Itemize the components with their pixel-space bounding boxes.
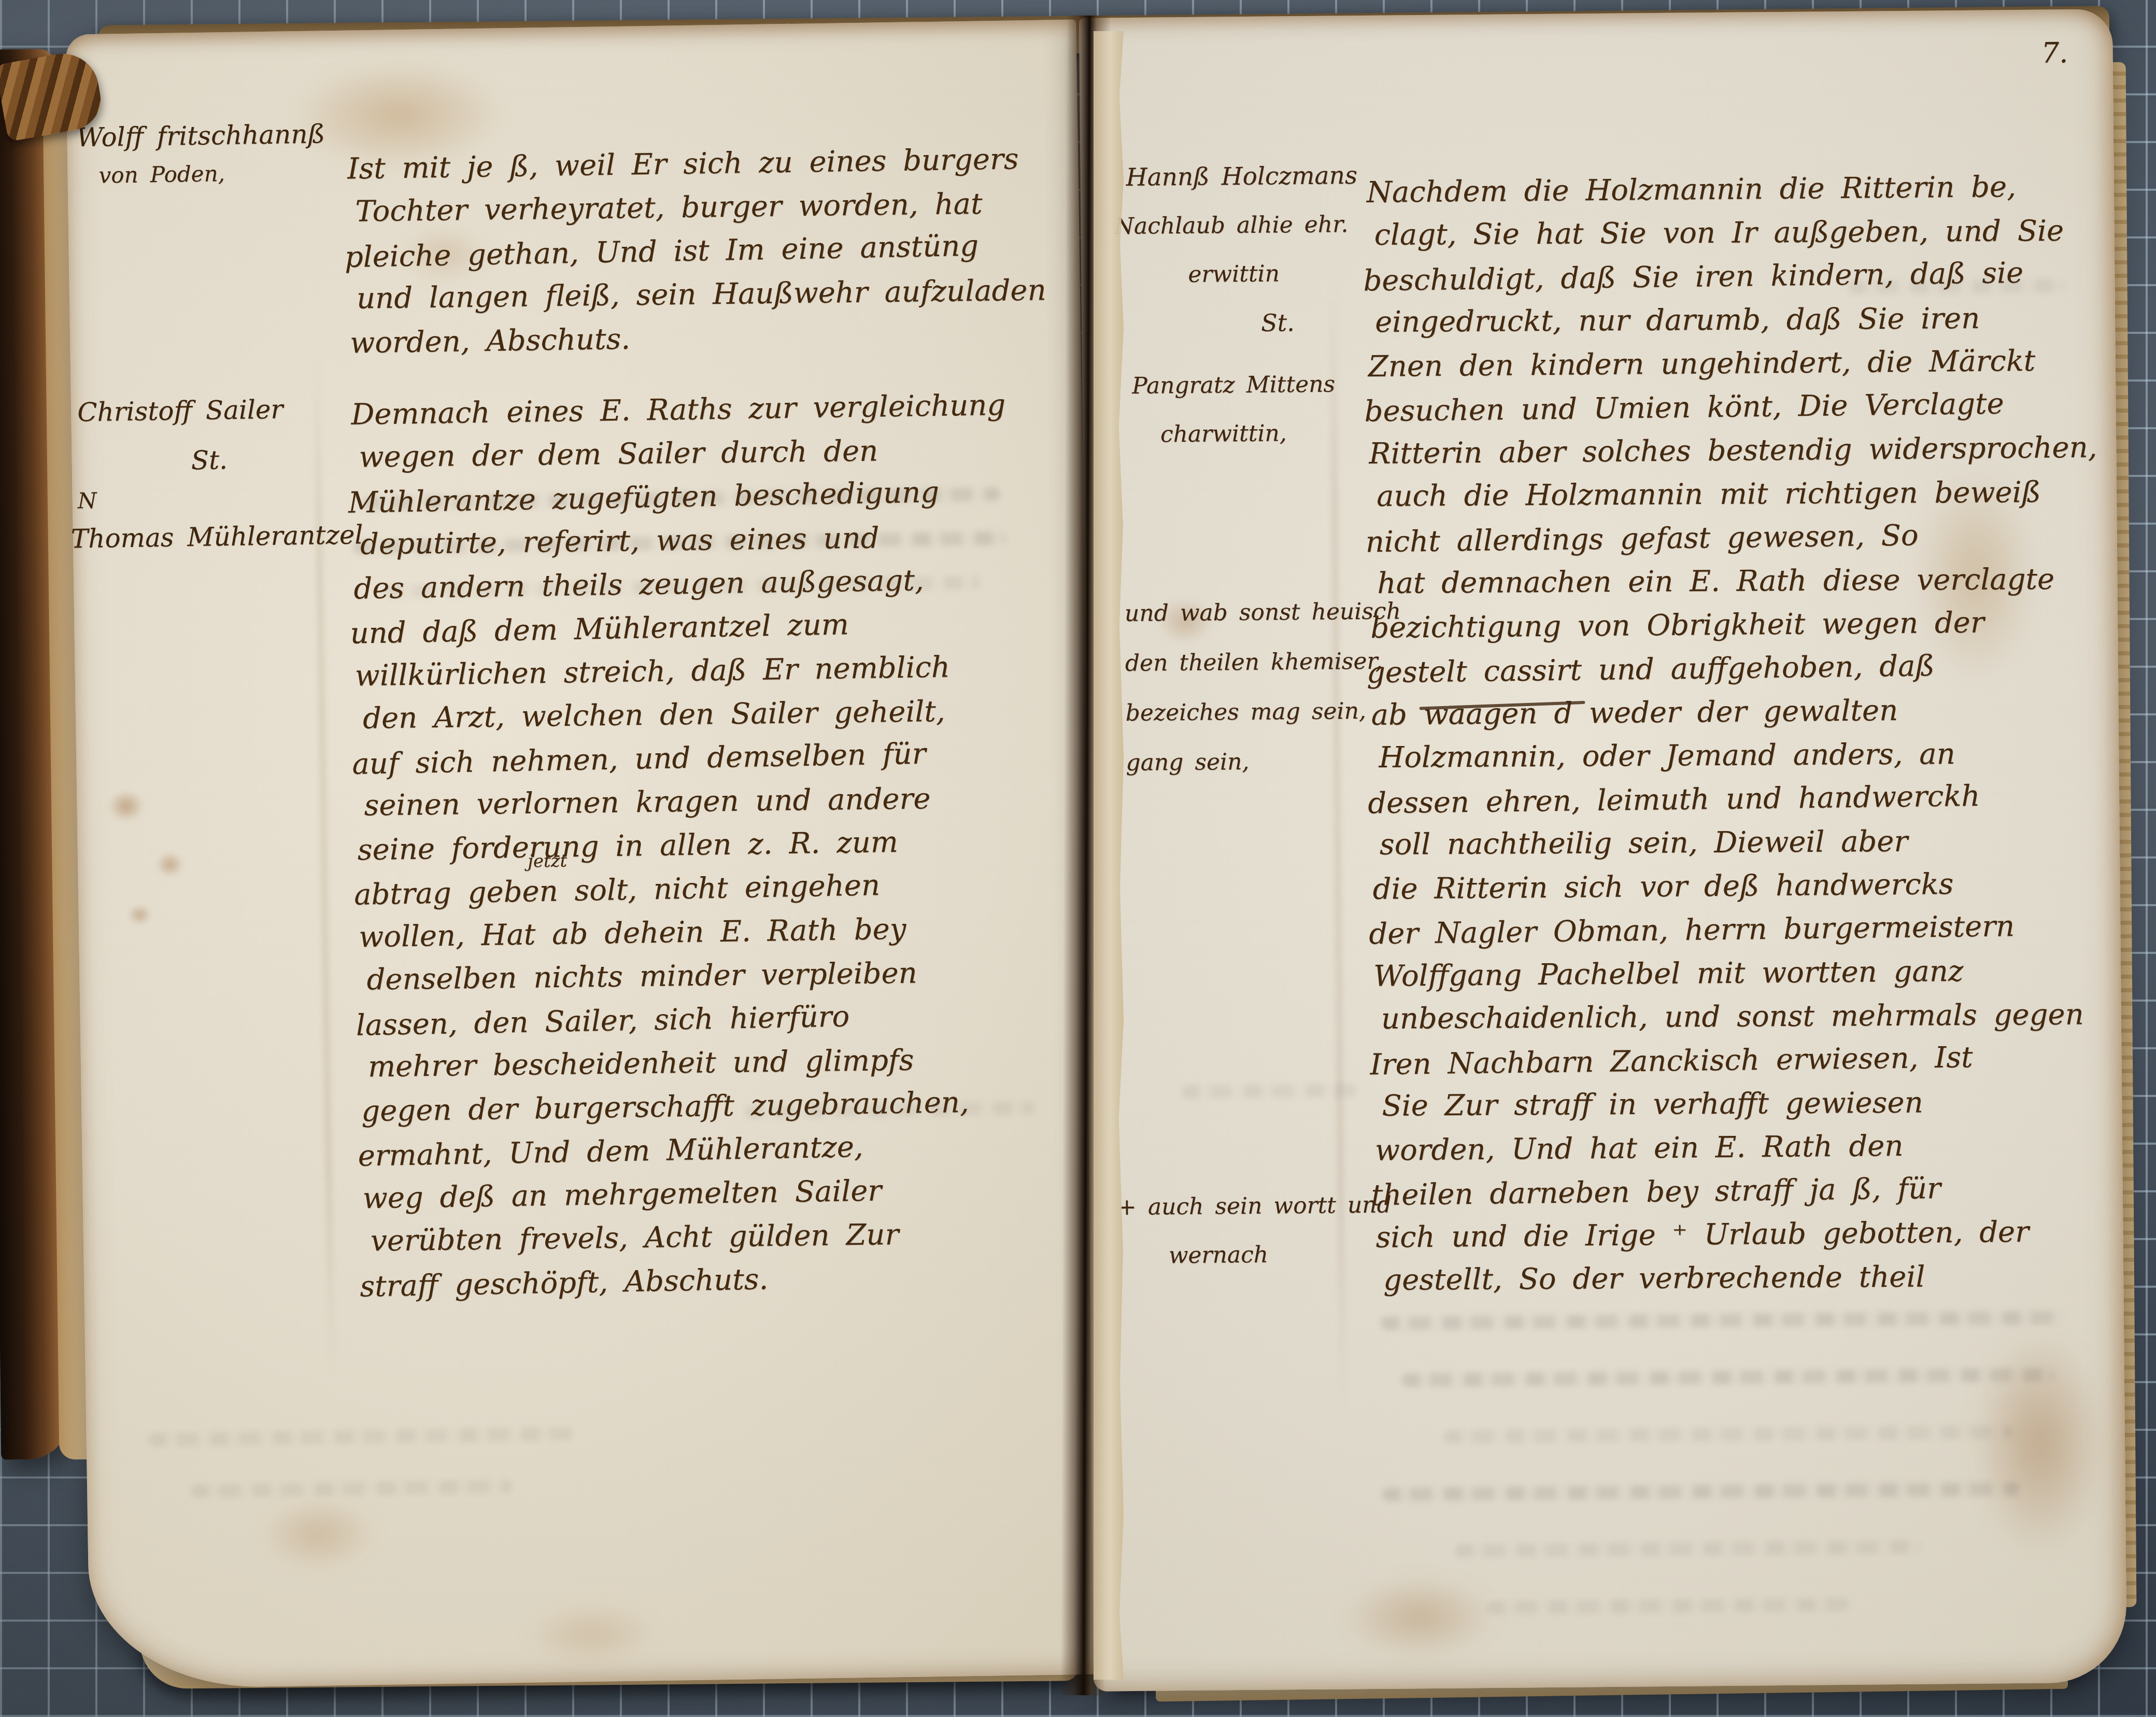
page-number: 7. — [2041, 36, 2068, 69]
show-through-line — [1487, 1598, 1850, 1614]
show-through-line — [1382, 1482, 2020, 1501]
paper-stain — [1341, 1575, 1497, 1659]
margin-note-line: Nachlaub alhie ehr. — [1114, 200, 1358, 251]
manuscript-text-line: eingedruckt, nur darumb, daß Sie iren — [1375, 296, 2096, 344]
manuscript-text-line: nicht allerdings gefast gewesen, So — [1365, 512, 2098, 564]
manuscript-text-line: beschuldigt, daß Sie iren kindern, daß s… — [1363, 250, 2096, 303]
margin-note-line: und wab sonst heuisch — [1125, 586, 1401, 639]
entry-1-text: Ist mit je ß, weil Er sich zu eines burg… — [347, 137, 1047, 365]
margin-note-line: den theilen khemiser, — [1125, 636, 1401, 688]
left-page: Wolff fritschhannßvon Poden, Ist mit je … — [65, 20, 1100, 1690]
manuscript-text-line: soll nachtheilig sein, Dieweil aber — [1380, 819, 2101, 866]
margin-note-line: bezeiches mag sein, — [1125, 686, 1402, 738]
paper-stain — [524, 1602, 660, 1666]
manuscript-text-line: worden, Und hat ein E. Rath den — [1375, 1123, 2104, 1173]
margin-note-addition: + auch sein wortt undwernach — [1117, 1181, 1392, 1281]
manuscript-text-line: Sie Zur straff in verhafft gewiesen — [1382, 1080, 2103, 1128]
manuscript-text-line: gestelt cassirt und auffgehoben, daß — [1366, 642, 2099, 695]
manuscript-text-line: mehrer bescheidenheit und glimpfs — [368, 1037, 1016, 1089]
show-through-line — [191, 1480, 512, 1498]
show-through-line — [1182, 1083, 1358, 1099]
manuscript-text-line: dessen ehren, leimuth und handwerckh — [1368, 773, 2101, 825]
manuscript-text-line: Ritterin aber solches bestendig widerspr… — [1369, 426, 2097, 476]
manuscript-text-line: Holzmannin, oder Jemand anders, an — [1379, 731, 2100, 779]
manuscript-text-line: Znen den kindern ungehindert, die Märckt — [1368, 339, 2096, 389]
margin-heading-line: Wolff fritschhannß — [76, 112, 325, 159]
margin-heading-entry-1: Wolff fritschhannßvon Poden, — [76, 112, 326, 197]
manuscript-text-line: clagt, Sie hat Sie von Ir außgeben, und … — [1374, 209, 2095, 257]
paper-stain — [1971, 1331, 2108, 1555]
manuscript-text-line: besuchen und Umien könt, Die Verclagte — [1364, 381, 2097, 433]
manuscript-text-line: auch die Holzmannin mit richtigen beweiß — [1377, 470, 2098, 518]
margin-note-line: erwittin — [1188, 249, 1358, 299]
manuscript-text-line: Wolffgang Pachelbel mit wortten ganz — [1373, 949, 2102, 998]
margin-note-line: wernach — [1168, 1230, 1392, 1280]
manuscript-text-line: theilen darneben bey straff ja ß, für — [1371, 1165, 2104, 1217]
margin-note-middle: und wab sonst heuischden theilen khemise… — [1125, 586, 1402, 788]
manuscript-text-line: deputirte, referirt, was eines und — [360, 515, 1008, 566]
margin-note-line: St. — [1261, 298, 1359, 347]
entry-2-text: Demnach eines E. Raths zur vergleichungw… — [351, 384, 1019, 1308]
margin-heading-line: von Poden, — [98, 151, 326, 196]
margin-heading-line: Christoff Sailer — [77, 387, 362, 433]
margin-note-line: Hannß Holczmans — [1126, 151, 1357, 202]
interlinear-insertion: jetzt — [528, 850, 567, 871]
torn-page-stubs — [1094, 31, 1124, 1680]
margin-note-line: gang sein, — [1126, 736, 1402, 788]
right-page-text: Nachdem die Holzmannin die Ritterin be,c… — [1367, 165, 2105, 1303]
manuscript-text-line: Iren Nachbarn Zanckisch erwiesen, Ist — [1370, 1034, 2103, 1087]
manuscript-text-line: unbeschaidenlich, und sonst mehrmals geg… — [1381, 993, 2103, 1040]
margin-note-line: charwittin, — [1160, 409, 1360, 459]
manuscript-text-line: und langen fleiß, sein Haußwehr aufzulad… — [357, 269, 1047, 320]
paper-stain — [258, 1497, 378, 1571]
manuscript-text-line: ab waagen d weder der gewalten — [1371, 687, 2100, 737]
manuscript-text-line: die Ritterin sich vor deß handwercks — [1372, 862, 2101, 911]
margin-heading-line: N — [77, 480, 362, 517]
manuscript-text-line: sich und die Irige ⁺ Urlaub gebotten, de… — [1375, 1210, 2104, 1260]
show-through-line — [1402, 1368, 2055, 1387]
margin-heading-line: Thomas Mühlerantzel — [70, 513, 363, 560]
manuscript-text-line: hat demnachen ein E. Rath diese verclagt… — [1377, 557, 2098, 605]
foxing-spot — [108, 791, 145, 822]
photographed-manuscript-scene: Wolff fritschhannßvon Poden, Ist mit je … — [0, 0, 2156, 1717]
manuscript-text-line: der Nagler Obman, herrn burgermeistern — [1369, 904, 2102, 956]
margin-note-line: + auch sein wortt und — [1117, 1181, 1392, 1232]
right-page: 7. Hannß HolczmansNachlaub alhie ehr.erw… — [1079, 9, 2127, 1691]
margin-note-holzmann: Hannß HolczmansNachlaub alhie ehr.erwitt… — [1126, 151, 1359, 459]
manuscript-text-line: gestellt, So der verbrechende theil — [1383, 1254, 2105, 1302]
manuscript-text-line: Nachdem die Holzmannin die Ritterin be, — [1367, 165, 2095, 215]
show-through-line — [148, 1427, 573, 1446]
manuscript-text-line: bezichtigung von Obrigkheit wegen der — [1370, 600, 2099, 650]
open-manuscript-book: Wolff fritschhannßvon Poden, Ist mit je … — [0, 0, 2156, 1717]
show-through-line — [1444, 1425, 2014, 1444]
show-through-line — [1381, 1311, 2065, 1330]
margin-note-line: Pangratz Mittens — [1132, 360, 1359, 411]
foxing-spot — [155, 852, 185, 877]
manuscript-text-line: seinen verlornen kragen und andere — [364, 776, 1012, 827]
foxing-spot — [127, 904, 152, 925]
show-through-line — [1455, 1540, 1922, 1558]
margin-heading-entry-2: Christoff SailerSt.NThomas Mühlerantzel — [77, 387, 363, 560]
margin-heading-line: St. — [191, 437, 362, 482]
